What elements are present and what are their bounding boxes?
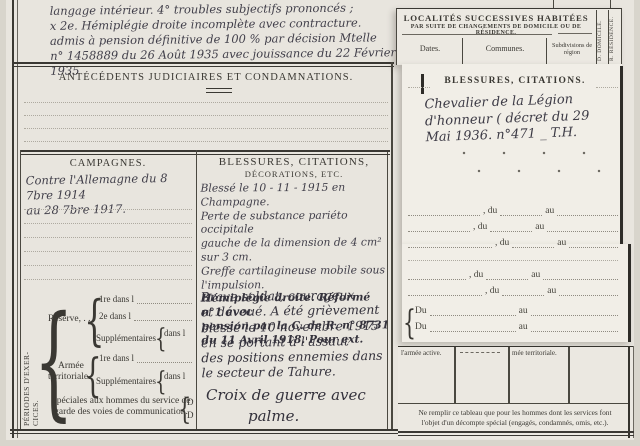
dotted-leader <box>512 238 554 248</box>
services-col1-header: l'armée active. <box>401 349 453 357</box>
supplementaires-row: dans l <box>163 371 193 381</box>
services-right-border-outer <box>633 346 634 438</box>
wound-line: gauche de la dimension de 4 cm² sur 3 cm… <box>201 236 389 265</box>
au-label: au <box>547 286 556 296</box>
row-label: 2e dans l <box>99 311 131 321</box>
au-label: au <box>557 238 566 248</box>
ruled-line <box>24 114 388 116</box>
dotted-leader <box>559 286 618 296</box>
services-note-line1: Ne remplir ce tableau que pour les homme… <box>400 408 630 418</box>
scanned-military-record: langage intérieur. 4° troubles subjectif… <box>0 0 640 446</box>
ruled-line <box>24 127 388 129</box>
supplementaires-label: Supplémentaires <box>96 333 156 343</box>
du-au-row: , duau <box>408 222 618 232</box>
dots-row <box>455 168 605 174</box>
campagnes-blessures-divider <box>196 150 197 430</box>
section-divider-rule <box>12 62 394 67</box>
localites-col-sep <box>546 38 547 64</box>
dotted-leader <box>430 306 516 316</box>
localites-title: LOCALITÉS SUCCESSIVES HABITÉES <box>398 13 594 23</box>
award-line1: Croix de guerre avec <box>206 386 366 404</box>
dotted-leader <box>408 222 470 232</box>
citation-line: des positions ennemies dans <box>201 348 389 366</box>
dotted-leader <box>408 286 482 296</box>
ruled-line <box>24 222 192 224</box>
du-fragment: D <box>187 410 194 420</box>
dotted-leader <box>408 86 430 88</box>
wound-line: Blessé le 10 - 11 - 1915 en Champagne. <box>200 180 388 209</box>
localites-col-dates: Dates. <box>398 44 462 53</box>
dotted-leader <box>543 270 618 280</box>
du-label: , du <box>495 238 509 248</box>
blessures-title-line2: DÉCORATIONS, ETC. <box>196 169 392 179</box>
services-col-sep <box>508 347 510 403</box>
slip-title: BLESSURES, CITATIONS. <box>430 76 600 86</box>
services-row-line <box>398 403 630 404</box>
speciales-label: Spéciales aux hommes du service de garde… <box>46 396 196 418</box>
upper-table-fragment-line <box>610 0 611 8</box>
armee-row-1: 1re dans l <box>96 353 192 363</box>
dots-row <box>440 150 610 156</box>
localites-col-subdivisions: Subdivisions de région <box>548 42 596 56</box>
au-label: au <box>531 270 540 280</box>
ruled-line <box>24 264 192 266</box>
localites-col-residence: R. RÉSIDENCE. <box>609 13 615 61</box>
row-label: dans l <box>164 371 185 381</box>
legion-honneur-note: Chevalier de la Légion d'honneur ( décre… <box>424 91 616 147</box>
services-col-sep <box>454 347 456 403</box>
localites-divider <box>402 34 552 35</box>
du-label: , du <box>485 286 499 296</box>
citation-line: le secteur de Tahure. <box>201 363 389 381</box>
dotted-leader <box>486 270 528 280</box>
services-col2-header-illegible <box>460 352 500 353</box>
du-au-row: , duau <box>408 286 618 296</box>
campagnes-line: Contre l'Allemagne du 8 7bre 1914 <box>26 171 194 204</box>
row-label: 1re dans l <box>99 294 134 304</box>
supplementaires-row: dans l <box>163 328 193 338</box>
du-label: Du <box>415 322 427 332</box>
slip-right-border-upper <box>620 66 623 244</box>
citation-block: Brave soldat, courageux et dévoué. A été… <box>200 287 389 381</box>
services-note: Ne remplir ce tableau que pour les homme… <box>400 408 630 427</box>
top-notes-block: langage intérieur. 4° troubles subjectif… <box>50 0 401 79</box>
ruled-line <box>24 250 192 252</box>
dotted-leader <box>408 270 466 280</box>
du-label: Du <box>415 306 427 316</box>
page-right-border <box>391 62 393 430</box>
dotted-leader <box>531 306 618 316</box>
dotted-leader <box>408 238 492 248</box>
services-right-border <box>628 346 630 438</box>
services-col-sep <box>568 347 570 403</box>
du-au-row: , duau <box>408 238 618 248</box>
armee-label-line1: Armée <box>58 361 84 371</box>
dotted-leader <box>408 259 618 261</box>
dotted-leader <box>531 322 618 332</box>
services-bottom-border <box>398 431 634 436</box>
au-label: au <box>519 306 528 316</box>
title-underline <box>206 88 232 93</box>
row-label: 1re dans l <box>99 353 134 363</box>
speciales-line2: garde des voies de communication. <box>46 407 196 418</box>
du-fragment: D <box>187 397 194 407</box>
du-au-row: , duau <box>408 270 618 280</box>
dotted-leader <box>557 206 618 216</box>
ruled-line <box>24 278 192 280</box>
du-label: , du <box>483 206 497 216</box>
supplementaires-label: Supplémentaires <box>96 376 156 386</box>
dotted-leader <box>547 222 618 232</box>
ruled-line <box>24 140 388 142</box>
campagnes-entry: Contre l'Allemagne du 8 7bre 1914 au 28 … <box>26 171 195 219</box>
upper-table-fragment-line <box>553 0 554 8</box>
ruled-line <box>24 236 192 238</box>
localites-col-communes: Communes. <box>466 44 544 53</box>
du-label: , du <box>473 222 487 232</box>
dotted-leader <box>502 286 544 296</box>
ruled-line <box>24 208 192 210</box>
antecedents-title: ANTÉCÉDENTS JUDICIAIRES ET CONDAMNATIONS… <box>20 72 392 83</box>
slip-right-border-lower <box>628 244 631 342</box>
reserve-row-2: 2e dans l <box>96 311 192 321</box>
dotted-leader <box>408 206 480 216</box>
main-table-left-border <box>20 150 21 430</box>
periodes-label-line1: PÉRIODES D'EXER- <box>22 328 31 426</box>
row-label: dans l <box>164 328 185 338</box>
du-au-row: , duau <box>408 206 618 216</box>
du-au-row-capital: Duau <box>412 306 618 316</box>
wound-line: Perte de substance pariéto occipitale <box>201 208 389 237</box>
slip-left-tick <box>421 74 424 94</box>
dotted-leader <box>430 322 516 332</box>
localites-col-sep <box>462 38 463 64</box>
au-label: au <box>545 206 554 216</box>
dotted-leader <box>137 353 192 363</box>
citation-line: blessé le 10 novembre 1915 <box>201 317 389 335</box>
localites-divider <box>558 33 592 34</box>
dotted-leader <box>137 294 192 304</box>
main-table-top-border <box>20 150 390 155</box>
services-col3-header: mée territoriale. <box>512 349 568 357</box>
blessures-title-line1: BLESSURES, CITATIONS, <box>196 156 392 168</box>
au-label: au <box>519 322 528 332</box>
au-label: au <box>535 222 544 232</box>
dotted-leader <box>596 86 618 88</box>
speciales-line1: Spéciales aux hommes du service de <box>46 396 196 407</box>
du-au-row-capital: Duau <box>412 322 618 332</box>
dotted-leader <box>134 311 192 321</box>
localites-col-domicile: D. DOMICILE. <box>597 13 603 61</box>
reserve-row-1: 1re dans l <box>96 294 192 304</box>
services-note-line2: l'objet d'un décompte spécial (engagés, … <box>400 418 630 428</box>
dotted-leader <box>490 222 532 232</box>
campagnes-title: CAMPAGNES. <box>20 158 196 169</box>
du-label: , du <box>469 270 483 280</box>
dotted-leader <box>569 238 618 248</box>
ruled-line <box>24 101 388 103</box>
dotted-leader <box>500 206 542 216</box>
award-line2: palme. <box>248 407 299 425</box>
